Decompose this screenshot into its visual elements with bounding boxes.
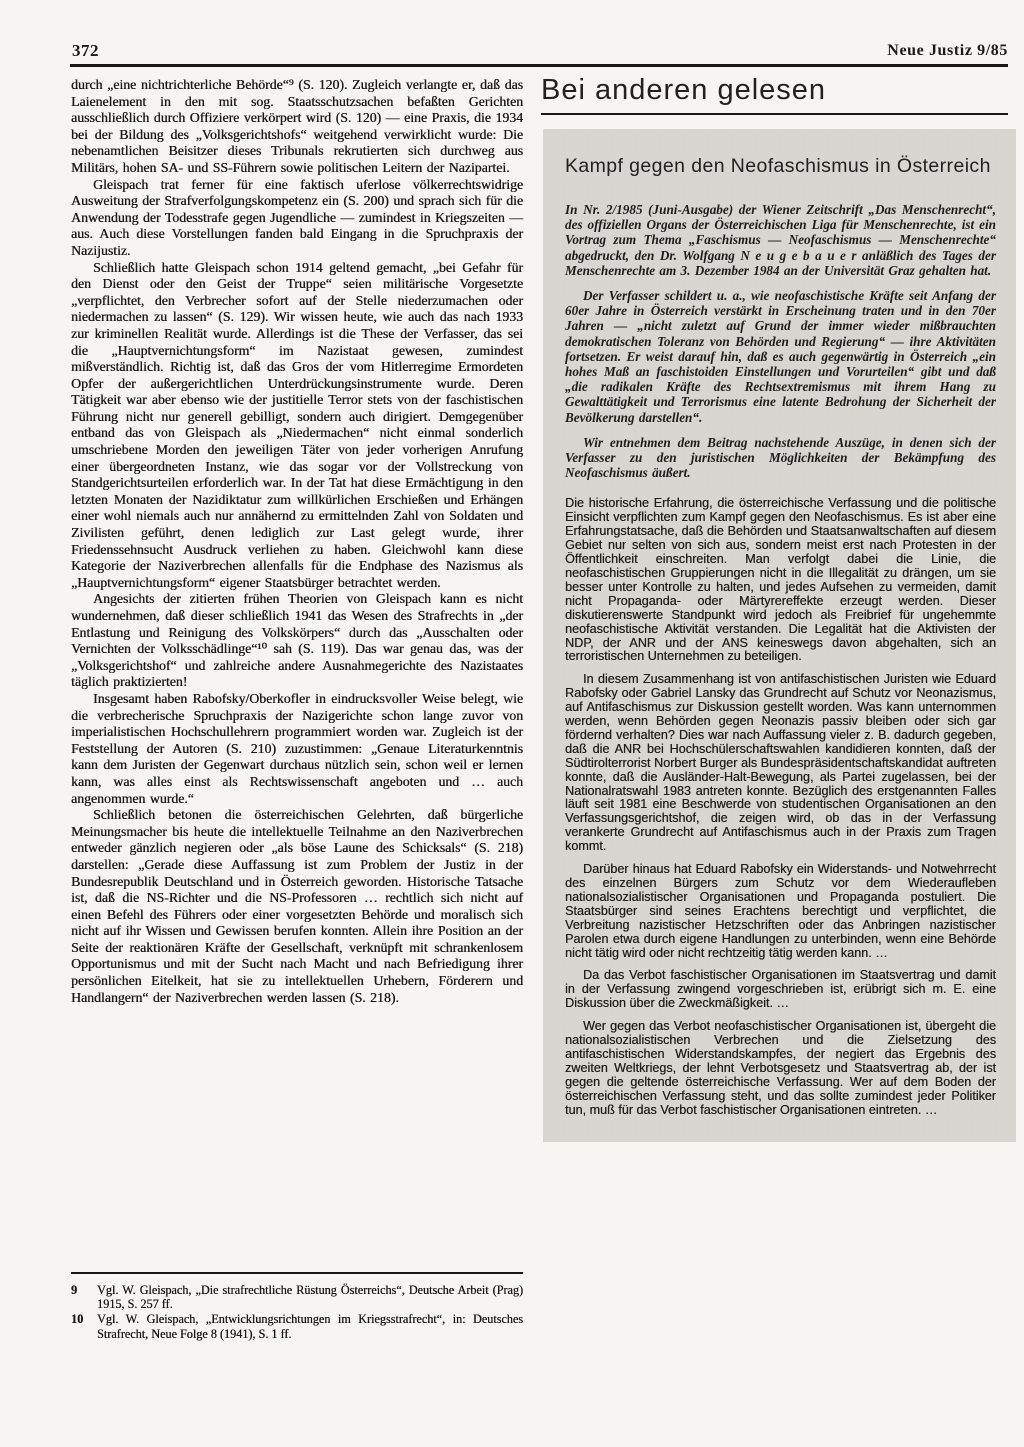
header-rule <box>70 64 1008 67</box>
article-body-paragraph: Die historische Erfahrung, die österreic… <box>565 497 996 664</box>
footnote-number: 9 <box>71 1283 91 1311</box>
article-panel: Kampf gegen den Neofaschismus in Österre… <box>543 129 1016 1142</box>
body-paragraph: Schließlich betonen die österreichischen… <box>71 807 523 1006</box>
footnote-rule <box>71 1272 523 1274</box>
section-heading: Bei anderen gelesen <box>541 74 826 107</box>
footnote: 10 Vgl. W. Gleispach, „Entwicklungsricht… <box>71 1312 523 1340</box>
body-paragraph: Schließlich hatte Gleispach schon 1914 g… <box>71 260 523 592</box>
body-paragraph: Angesichts der zitierten frühen Theorien… <box>71 591 523 691</box>
body-paragraph: durch „eine nichtrichterliche Behörde“⁹ … <box>71 77 523 177</box>
article-body-paragraph: Wer gegen das Verbot neofaschistischer O… <box>565 1020 996 1117</box>
footnote: 9 Vgl. W. Gleispach, „Die strafrechtlich… <box>71 1283 523 1311</box>
article-intro-paragraph: Der Verfasser schildert u. a., wie neofa… <box>565 288 996 425</box>
footnotes-block: 9 Vgl. W. Gleispach, „Die strafrechtlich… <box>71 1272 523 1342</box>
journal-page: 372 Neue Justiz 9/85 durch „eine nichtri… <box>0 0 1024 1447</box>
article-intro-paragraph: Wir entnehmen dem Beitrag nachstehende A… <box>565 435 996 481</box>
article-title: Kampf gegen den Neofaschismus in Österre… <box>565 155 996 178</box>
section-heading-rule <box>541 113 1008 115</box>
article-body-paragraph: Darüber hinaus hat Eduard Rabofsky ein W… <box>565 863 996 960</box>
journal-title: Neue Justiz 9/85 <box>887 42 1008 60</box>
article-body-paragraph: Da das Verbot faschistischer Organisatio… <box>565 969 996 1011</box>
page-number: 372 <box>72 41 99 61</box>
footnote-text: Vgl. W. Gleispach, „Entwicklungsrichtung… <box>91 1312 523 1340</box>
footnote-number: 10 <box>71 1312 91 1340</box>
article-intro-paragraph: In Nr. 2/1985 (Juni-Ausgabe) der Wiener … <box>565 202 996 278</box>
body-paragraph: Gleispach trat ferner für eine faktisch … <box>71 177 523 260</box>
article-body-paragraph: In diesem Zusammenhang ist von antifasch… <box>565 673 996 854</box>
footnote-text: Vgl. W. Gleispach, „Die strafrechtliche … <box>91 1283 523 1311</box>
body-paragraph: Insgesamt haben Rabofsky/Oberkofler in e… <box>71 691 523 807</box>
left-column: durch „eine nichtrichterliche Behörde“⁹ … <box>71 77 523 1006</box>
